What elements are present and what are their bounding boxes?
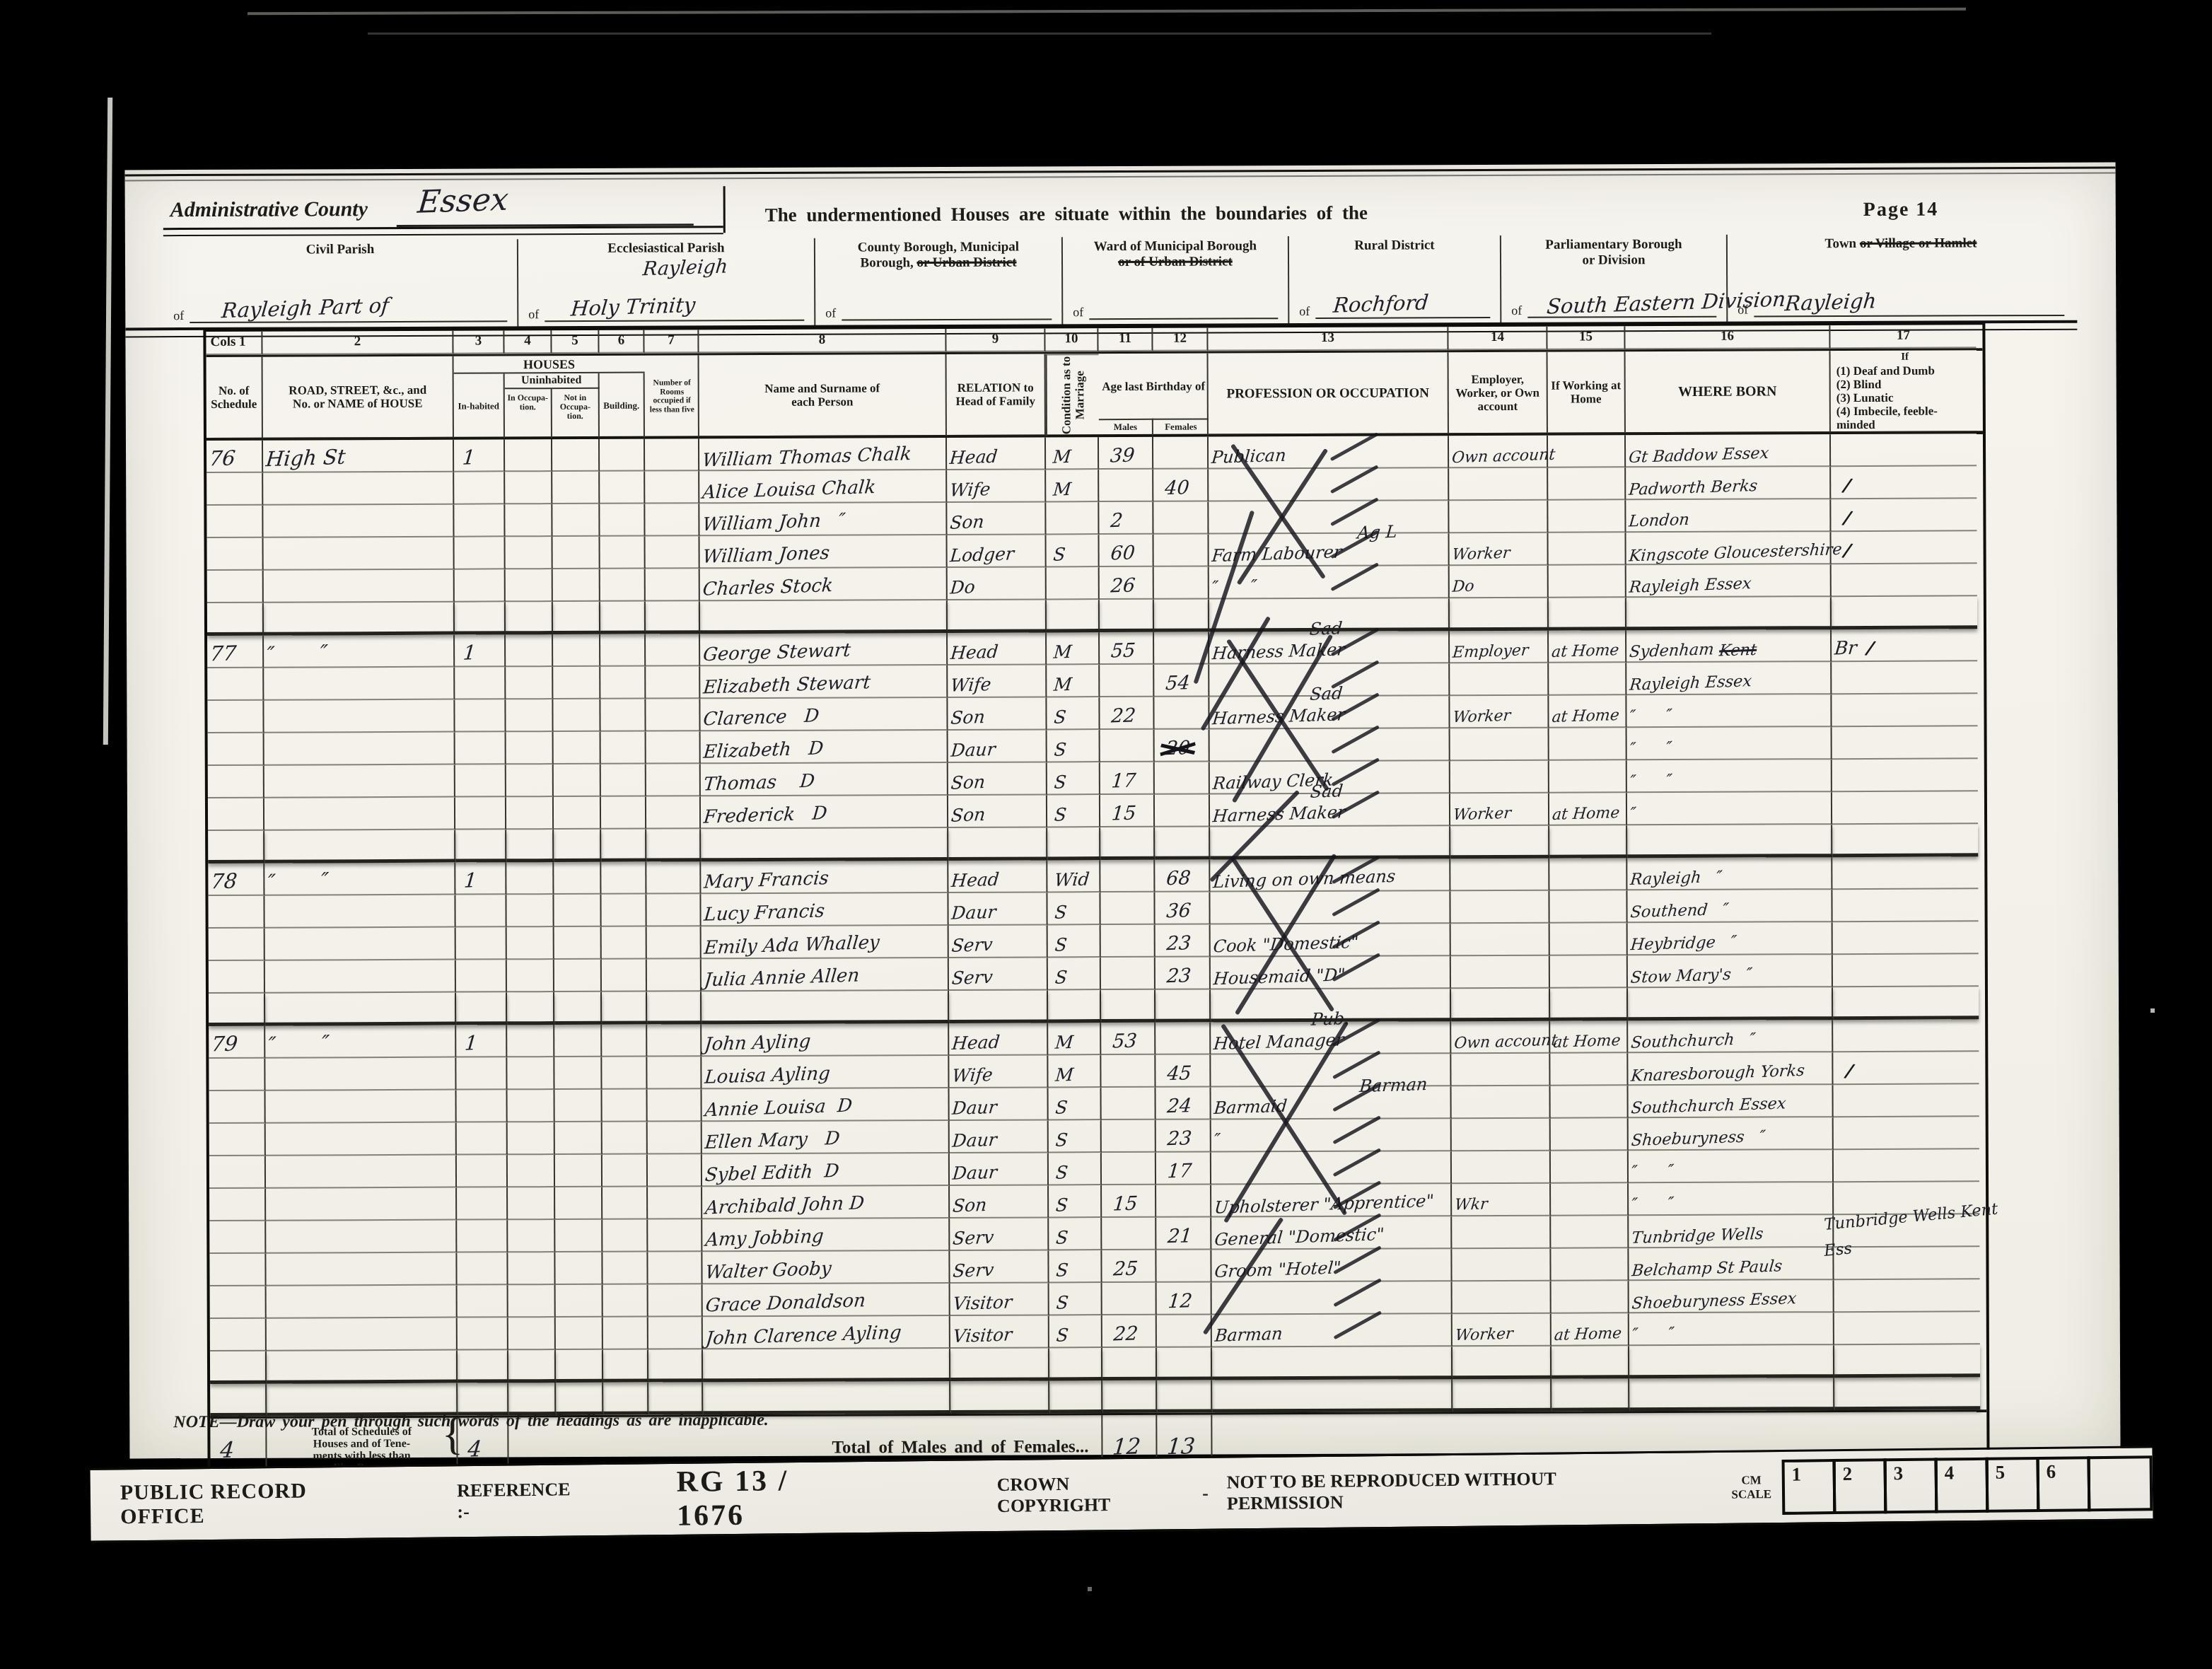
cell-relation: Do: [948, 567, 1047, 600]
employer-value: Do: [1452, 578, 1475, 596]
cell-age-female: 21: [1156, 1218, 1211, 1250]
cell-rooms: [645, 438, 699, 471]
schedule-value: 79: [211, 1031, 239, 1056]
condition-value: S: [1054, 1129, 1069, 1151]
cell-inhabited: [457, 1220, 508, 1252]
cell-rooms: [647, 1057, 702, 1089]
parish-underline: Rayleigh: [1754, 291, 2064, 318]
cell-condition: M: [1047, 665, 1100, 697]
cell-not-in-occupation: [556, 1318, 603, 1350]
where-born-value: Shoeburyness ″: [1631, 1127, 1766, 1150]
cell-at-home: at Home: [1552, 1313, 1629, 1346]
cell-infirmity: [1834, 1279, 1980, 1313]
header-profession: PROFESSION OR OCCUPATION: [1209, 352, 1449, 435]
header-age-group: Age last Birthday of Males Females: [1099, 354, 1209, 436]
cell-schedule: [206, 473, 263, 506]
cell-employer: [1452, 1086, 1551, 1120]
cell-rooms: [647, 926, 702, 959]
cell-building: [600, 504, 645, 537]
where-born-value: Tunbridge Wells: [1631, 1225, 1764, 1248]
cell-building: [600, 699, 646, 732]
cell-condition: S: [1049, 1218, 1102, 1250]
cell-rooms: [646, 894, 701, 926]
cell-road: ″ ″: [264, 863, 455, 896]
cell-building: [602, 992, 647, 1025]
cell-inhabited: [458, 1350, 508, 1383]
cell-building: [600, 537, 646, 569]
cell-not-in-occupation: [554, 927, 602, 960]
cell-condition: [1047, 567, 1100, 600]
cell-employer: [1450, 826, 1549, 859]
name-value: William Jones: [702, 542, 830, 568]
cell-infirmity: [1834, 1149, 1979, 1182]
struck-heading-words: or of Urban District: [1118, 254, 1233, 269]
cell-not-in-occupation: [554, 960, 602, 992]
name-value: Clarence D: [702, 705, 820, 730]
occupation-value: Hotel Manager: [1213, 1030, 1345, 1054]
age-female-value: 23: [1165, 965, 1192, 987]
cell-employer: Wkr: [1452, 1184, 1551, 1217]
cell-not-in-occupation: [553, 537, 600, 569]
cell-at-home: [1552, 1281, 1629, 1313]
cell-rooms: [648, 1219, 702, 1252]
cell-road: ″ ″: [264, 635, 455, 668]
where-born-value: Rayleigh Essex: [1629, 574, 1752, 597]
cell-infirmity: [1832, 824, 1978, 857]
cell-schedule: [209, 1189, 266, 1221]
cell-not-in-occupation: [554, 1025, 602, 1057]
cell-rooms: [646, 764, 701, 796]
infirmity-item: (4) Imbecile, feeble-minded: [1836, 404, 1974, 431]
header-where-born: WHERE BORN: [1626, 351, 1831, 434]
cell-relation: Visitor: [950, 1315, 1049, 1349]
cell-building: [601, 764, 646, 797]
film-edge-line: [103, 98, 112, 745]
cell-not-in-occupation: [552, 439, 600, 472]
cell-road: [267, 1383, 458, 1417]
parish-section-title-2: Borough, or Urban District: [815, 255, 1061, 271]
film-streak-top: [248, 8, 1966, 15]
cm-scale-box: 3: [1884, 1458, 1938, 1514]
name-value: Amy Jobbing: [704, 1226, 825, 1250]
cell-infirmity: [1833, 921, 1979, 955]
relation-value: Daur: [950, 902, 997, 924]
cell-age-female: 68: [1155, 860, 1210, 892]
cell-inhabited: [456, 992, 507, 1025]
cell-age-male: 55: [1100, 632, 1154, 665]
cell-age-male: [1101, 990, 1156, 1023]
cell-at-home: [1549, 598, 1626, 630]
age-male-value: 53: [1112, 1030, 1138, 1052]
cell-occupation: [1209, 468, 1449, 501]
cell-road: [266, 1156, 457, 1189]
column-header-row: No. of Schedule ROAD, STREET, &c., and N…: [206, 350, 1983, 441]
cell-occupation: ″ ″: [1209, 566, 1450, 599]
cell-building: [600, 602, 646, 634]
cell-inhabited: [455, 667, 506, 699]
cell-inhabited: [457, 1187, 508, 1220]
where-born-value: ″: [1629, 804, 1637, 822]
cell-inhabited: 1: [455, 862, 506, 895]
cell-where-born: Shoeburyness ″: [1629, 1117, 1834, 1151]
cell-at-home: at Home: [1549, 695, 1626, 728]
cell-condition: S: [1048, 925, 1101, 958]
name-value: Frederick D: [703, 803, 828, 828]
employer-value: Wkr: [1454, 1195, 1489, 1214]
cell-where-born: Stow Mary's ″: [1628, 955, 1833, 988]
cell-name: George Stewart: [700, 633, 948, 666]
cell-condition: S: [1047, 762, 1100, 795]
age-male-value: 55: [1110, 639, 1136, 662]
where-born-value: Belchamp St Pauls: [1631, 1257, 1783, 1280]
header-rooms: Number of Rooms occupied if less than fi…: [645, 355, 699, 437]
cell-age-male: 22: [1102, 1315, 1157, 1348]
cell-relation: Daur: [950, 1088, 1049, 1121]
cell-condition: M: [1046, 470, 1099, 502]
cell-where-born: [1626, 597, 1832, 630]
where-born-value: ″ ″: [1629, 771, 1673, 791]
cell-road: [264, 765, 455, 798]
name-value: Mary Francis: [703, 868, 829, 893]
cell-where-born: ″ ″: [1629, 1182, 1834, 1216]
header-schedule: No. of Schedule: [206, 357, 263, 439]
relation-value: Son: [950, 804, 986, 826]
cell-age-female: 36: [1155, 892, 1210, 925]
reference-label: REFERENCE :-: [457, 1479, 585, 1523]
cell-in-occupation: [506, 862, 554, 895]
occupation-note: Sad: [1309, 683, 1344, 704]
cell-occupation: SadHarness Maker: [1209, 696, 1450, 729]
cell-not-in-occupation: [554, 797, 601, 830]
employer-value: Worker: [1451, 545, 1510, 564]
cell-not-in-occupation: [555, 1220, 603, 1252]
age-female-value: 23: [1165, 932, 1192, 955]
column-number: 3: [453, 330, 504, 354]
undermentioned-text: The undermentioned Houses are situate wi…: [765, 202, 1368, 226]
cell-employer: Own account: [1449, 436, 1548, 469]
cell-in-occupation: [506, 667, 553, 699]
age-female-value: 40: [1164, 477, 1190, 499]
cell-infirmity: [1834, 1377, 1980, 1410]
cell-building: [603, 1252, 648, 1285]
cell-employer: [1452, 1151, 1551, 1185]
cell-where-born: [1627, 825, 1832, 858]
parish-of-line: ofHoly Trinity: [528, 296, 804, 322]
relation-value: Serv: [952, 1227, 995, 1249]
header-name: Name and Surname of each Person: [699, 354, 947, 437]
cell-condition: M: [1047, 632, 1100, 665]
cell-rooms: [648, 1317, 703, 1349]
condition-value: S: [1054, 967, 1069, 988]
header-employer: Employer, Worker, or Own account: [1449, 352, 1548, 435]
cell-at-home: [1551, 1118, 1629, 1151]
crown-copyright-label: CROWN COPYRIGHT: [997, 1472, 1184, 1517]
age-male-value: 2: [1110, 510, 1124, 533]
cell-inhabited: [457, 1122, 508, 1155]
occupation-annotation: Barman: [1358, 1074, 1428, 1096]
name-value: Alice Louisa Chalk: [702, 477, 877, 504]
cell-rooms: [646, 699, 700, 731]
cell-in-occupation: [507, 1025, 554, 1057]
condition-value: S: [1053, 739, 1067, 760]
cell-rooms: [646, 731, 701, 764]
cell-condition: [1047, 827, 1100, 860]
cell-name: Archibald John D: [702, 1186, 950, 1219]
relation-value: Daur: [952, 1162, 999, 1184]
cell-schedule: 78: [208, 863, 264, 896]
condition-value: S: [1054, 804, 1068, 825]
cell-not-in-occupation: [552, 472, 600, 504]
cell-schedule: 77: [207, 636, 264, 668]
cell-condition: S: [1047, 535, 1100, 567]
employer-value: Worker: [1453, 805, 1512, 825]
cell-condition: [1047, 600, 1100, 632]
cell-occupation: [1210, 826, 1450, 859]
parish-of-line: of: [825, 294, 1052, 320]
cell-in-occupation: [506, 797, 554, 830]
header-inhabited: In-habited: [454, 373, 505, 438]
cell-not-in-occupation: [553, 569, 600, 602]
cell-condition: [1049, 1348, 1102, 1380]
cell-name: [700, 600, 948, 634]
cell-inhabited: [457, 1155, 508, 1187]
cell-at-home: [1550, 923, 1628, 955]
header-houses-group: HOUSES In-habited Uninhabited In Occupa-…: [454, 355, 699, 438]
cell-where-born: Rayleigh Essex: [1626, 564, 1832, 598]
cell-in-occupation: [507, 1057, 554, 1090]
parish-section: County Borough, MunicipalBorough, or Urb…: [814, 237, 1061, 326]
cell-infirmity: [1832, 564, 1977, 597]
cell-age-female: [1154, 567, 1209, 600]
cell-employer: Do: [1450, 566, 1549, 599]
column-number: 10: [1045, 328, 1098, 351]
parish-section: Rural DistrictofRochford: [1288, 235, 1500, 325]
header-in-occupation: In Occupa-tion.: [505, 389, 552, 438]
cell-road: [264, 895, 455, 929]
cell-where-born: ″ ″: [1626, 694, 1832, 728]
cell-in-occupation: [505, 439, 552, 472]
age-female-value: 36: [1165, 900, 1192, 922]
struck-heading-words: or Village or Hamlet: [1860, 235, 1977, 251]
relation-value: Head: [949, 446, 999, 468]
parish-of-line: ofSouth Eastern Division: [1511, 292, 1716, 318]
cell-rooms: [648, 1154, 702, 1187]
cell-schedule: [209, 1124, 266, 1156]
where-born-value: Padworth Berks: [1628, 477, 1758, 499]
cell-inhabited: [455, 895, 506, 927]
age-male-value: 22: [1110, 704, 1136, 727]
occupation-value: Housemaid "D": [1213, 965, 1346, 989]
occupation-note: Sad: [1310, 781, 1344, 802]
cell-where-born: London: [1626, 499, 1831, 533]
cell-age-female: [1155, 795, 1210, 827]
cell-age-female: 23: [1156, 958, 1211, 990]
cell-age-female: [1155, 762, 1210, 795]
cell-rooms: [646, 861, 701, 894]
cell-occupation: Barman: [1212, 1314, 1453, 1347]
cell-inhabited: [458, 1285, 508, 1318]
name-value: Thomas D: [703, 770, 816, 795]
cell-name: Elizabeth D: [701, 731, 948, 764]
schedule-value: 78: [210, 868, 238, 893]
cell-inhabited: [456, 927, 507, 960]
cell-where-born: Southend ″: [1627, 890, 1832, 923]
cell-infirmity: [1832, 759, 1978, 792]
cell-building: [600, 472, 645, 504]
cell-name: [703, 1381, 950, 1414]
cell-where-born: ″ ″: [1629, 1313, 1834, 1346]
cell-employer: [1450, 728, 1549, 762]
cell-inhabited: [455, 602, 506, 634]
where-born-value: Stow Mary's ″: [1630, 965, 1753, 987]
cell-where-born: ″ ″: [1629, 1150, 1834, 1183]
cell-building: [603, 1318, 648, 1350]
cell-road: [263, 472, 454, 506]
age-female-value: 45: [1166, 1062, 1192, 1085]
cell-where-born: Southchurch Essex: [1629, 1085, 1834, 1118]
header-relation: RELATION to Head of Family: [947, 354, 1046, 436]
condition-value: M: [1052, 479, 1072, 500]
cell-name: Emily Ada Whalley: [702, 926, 949, 959]
cell-occupation: Publican: [1209, 436, 1449, 469]
cell-rooms: [646, 666, 700, 699]
column-number: 7: [644, 330, 699, 353]
relation-value: Son: [949, 511, 985, 533]
cm-scale-box: 2: [1833, 1458, 1887, 1514]
cell-schedule: [208, 766, 264, 798]
cell-employer: [1450, 663, 1549, 697]
cell-relation: Son: [950, 1185, 1049, 1219]
cell-in-occupation: [508, 1252, 555, 1285]
cell-where-born: Padworth Berks: [1626, 467, 1831, 500]
age-female-value: 21: [1167, 1225, 1193, 1248]
header-infirmity: If (1) Deaf and Dumb(2) Blind(3) Lunatic…: [1831, 350, 1977, 433]
parish-section: Civil ParishofRayleigh Part of: [163, 239, 517, 329]
relation-value: Head: [950, 641, 999, 663]
parish-underline: [842, 294, 1052, 320]
parish-value: Holy Trinity: [569, 293, 696, 321]
cell-at-home: [1551, 1248, 1629, 1281]
cell-building: [601, 895, 646, 927]
occupation-value: Barmaid: [1213, 1096, 1288, 1118]
cell-condition: S: [1048, 958, 1101, 990]
cell-schedule: [208, 831, 264, 863]
cell-age-male: 17: [1100, 762, 1155, 795]
where-born-value: ″ ″: [1631, 1324, 1675, 1344]
age-male-value: 60: [1110, 542, 1136, 564]
condition-value: M: [1054, 1032, 1074, 1053]
cell-building: [600, 569, 646, 602]
column-number: 17: [1830, 325, 1976, 349]
infirmity-item: (1) Deaf and Dumb: [1836, 364, 1935, 378]
relation-value: Serv: [951, 967, 994, 989]
relation-value: Son: [950, 772, 986, 793]
cell-inhabited: [456, 960, 507, 992]
cell-occupation: SadHarness Maker: [1209, 631, 1450, 664]
condition-value: M: [1052, 446, 1072, 467]
cell-employer: [1451, 989, 1550, 1022]
schedule-value: 77: [209, 641, 238, 665]
cell-inhabited: [458, 1383, 508, 1415]
cell-road: [265, 1058, 456, 1091]
of-label: of: [825, 306, 836, 321]
cell-building: [603, 1220, 648, 1252]
cell-infirmity: [1831, 434, 1977, 467]
cell-relation: Daur: [948, 730, 1047, 763]
cell-schedule: [210, 1319, 267, 1351]
of-label: of: [173, 308, 184, 323]
cell-schedule: [208, 798, 264, 831]
cell-infirmity: ∕: [1831, 466, 1977, 499]
cell-condition: S: [1049, 1153, 1102, 1185]
cell-age-female: 17: [1156, 1153, 1211, 1185]
occupation-value: Cook "Domestic": [1213, 932, 1360, 957]
cell-age-female: 45: [1156, 1055, 1211, 1088]
cell-at-home: [1548, 533, 1626, 565]
cell-inhabited: 1: [454, 439, 505, 472]
relation-value: Wife: [949, 479, 991, 501]
cell-at-home: [1549, 825, 1627, 858]
condition-value: M: [1053, 674, 1073, 695]
inhabited-value: 1: [464, 1031, 479, 1055]
cell-infirmity: [1832, 856, 1978, 890]
infirmity-value: Br: [1834, 638, 1858, 660]
cell-condition: S: [1047, 892, 1100, 925]
occupation-note: Pub.: [1310, 1008, 1351, 1030]
cell-age-male: [1100, 892, 1155, 925]
cell-name: Clarence D: [700, 698, 948, 731]
cell-age-female: [1157, 1348, 1212, 1380]
cell-relation: Daur: [950, 1120, 1049, 1153]
cell-road: [264, 570, 455, 603]
cell-relation: Head: [948, 632, 1047, 665]
cell-in-occupation: [506, 830, 554, 862]
where-born-annotation: Ess: [1824, 1239, 1853, 1260]
cell-age-female: [1156, 990, 1211, 1023]
where-born-value: Rayleigh ″: [1629, 868, 1723, 889]
cell-schedule: [206, 506, 263, 538]
cell-age-male: [1102, 1348, 1157, 1380]
cell-infirmity: [1832, 889, 1978, 922]
of-label: of: [528, 307, 539, 322]
parish-underline: [1089, 293, 1278, 320]
cell-rooms: [645, 471, 699, 504]
column-number: 2: [262, 331, 453, 355]
cell-name: [702, 991, 949, 1024]
cell-not-in-occupation: [555, 1187, 603, 1220]
cell-not-in-occupation: [554, 764, 601, 797]
cell-road: [267, 1318, 458, 1351]
cell-name: Grace Donaldson: [703, 1284, 950, 1317]
cell-occupation: SadHarness Maker: [1210, 793, 1450, 827]
cell-at-home: [1549, 728, 1627, 760]
cell-age-female: [1156, 1023, 1211, 1055]
column-number: Cols 1: [206, 332, 262, 355]
cell-in-occupation: [506, 569, 553, 602]
cell-age-male: [1099, 470, 1153, 502]
cell-at-home: [1548, 435, 1626, 467]
census-page: Administrative County Essex The undermen…: [125, 163, 2121, 1459]
cell-age-male: [1102, 1283, 1157, 1315]
cell-building: [601, 830, 646, 862]
cell-age-male: [1102, 1218, 1156, 1250]
cell-age-female: 24: [1156, 1088, 1211, 1120]
cell-where-born: Belchamp St PaulsEss: [1629, 1248, 1834, 1281]
where-born-value: Southend ″: [1629, 900, 1729, 922]
cell-age-male: [1101, 958, 1156, 990]
cell-employer: [1453, 1281, 1552, 1315]
cell-name: Louisa Ayling: [702, 1056, 949, 1089]
